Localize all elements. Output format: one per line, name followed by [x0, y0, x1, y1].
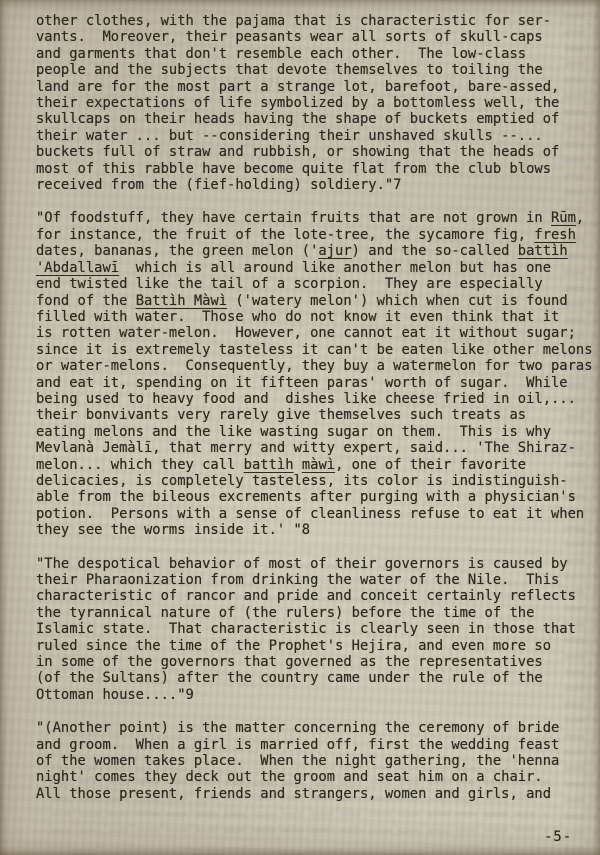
- text-line: people and the subjects that devote them…: [36, 62, 600, 78]
- text-line: buckets full of straw and rubbish, or sh…: [36, 144, 600, 160]
- text-line: and groom. When a girl is married off, f…: [36, 737, 600, 753]
- text-line: land are for the most part a strange lot…: [36, 79, 600, 95]
- text-line: for instance, the fruit of the lote-tree…: [36, 227, 600, 243]
- text-line: since it is extremely tasteless it can't…: [36, 342, 600, 358]
- underlined-term: màwì: [302, 457, 335, 473]
- text-line: most of this rabble have become quite fl…: [36, 161, 600, 177]
- text-line: delicacies, is completely tasteless, its…: [36, 473, 600, 489]
- text-line: skullcaps on their heads having the shap…: [36, 111, 600, 127]
- text-line: ruled since the time of the Prophet's He…: [36, 638, 600, 654]
- text-line: being used to heavy food and dishes like…: [36, 391, 600, 407]
- text-line: "(Another point) is the matter concernin…: [36, 720, 600, 736]
- underlined-term: Battìh Màwì: [136, 293, 227, 309]
- text-line: filled with water. Those who do not know…: [36, 309, 600, 325]
- text-line: their water ... but --considering their …: [36, 128, 600, 144]
- text-line: (of the Sultans) after the country came …: [36, 670, 600, 686]
- text-line: Ottoman house...."9: [36, 687, 600, 703]
- paragraph: "(Another point) is the matter concernin…: [36, 720, 600, 802]
- text-line: other clothes, with the pajama that is c…: [36, 13, 600, 29]
- scanned-document-page: other clothes, with the pajama that is c…: [0, 0, 600, 855]
- text-line: All those present, friends and strangers…: [36, 786, 600, 802]
- text-line: of the women takes place. When the night…: [36, 753, 600, 769]
- text-line: night' comes they deck out the groom and…: [36, 769, 600, 785]
- text-line: "Of foodstuff, they have certain fruits …: [36, 210, 600, 226]
- text-line: received from the (fief-holding) soldier…: [36, 177, 600, 193]
- paragraph: other clothes, with the pajama that is c…: [36, 13, 600, 193]
- underlined-term: ajur: [318, 243, 351, 259]
- text-line: eating melons and the like wasting sugar…: [36, 424, 600, 440]
- text-line: or water-melons. Consequently, they buy …: [36, 358, 600, 374]
- text-line: they see the worms inside it.' "8: [36, 522, 600, 538]
- text-line: characteristic of rancor and pride and c…: [36, 588, 600, 604]
- text-line: is rotten water-melon. However, one cann…: [36, 325, 600, 341]
- underlined-term: battìh: [244, 457, 294, 473]
- text-line: melon... which they call battìh màwì, on…: [36, 457, 600, 473]
- paragraph: "The despotical behavior of most of thei…: [36, 556, 600, 704]
- text-line: end twisted like the tail of a scorpion.…: [36, 276, 600, 292]
- text-line: fond of the Battìh Màwì ('watery melon')…: [36, 293, 600, 309]
- text-line: able from the bileous excrements after p…: [36, 489, 600, 505]
- text-line: their Pharaonization from drinking the w…: [36, 572, 600, 588]
- text-line: Islamic state. That characteristic is cl…: [36, 621, 600, 637]
- page-number: -5-: [544, 829, 572, 845]
- text-line: vants. Moreover, their peasants wear all…: [36, 29, 600, 45]
- underlined-term: 'Abdallawī: [36, 260, 119, 276]
- text-line: 'Abdallawī which is all around like anot…: [36, 260, 600, 276]
- paragraph: "Of foodstuff, they have certain fruits …: [36, 210, 600, 538]
- text-line: and garments that don't resemble each ot…: [36, 46, 600, 62]
- text-line: the tyrannical nature of (the rulers) be…: [36, 605, 600, 621]
- text-line: potion. Persons with a sense of cleanlin…: [36, 506, 600, 522]
- text-line: their expectations of life symbolized by…: [36, 95, 600, 111]
- page-body: other clothes, with the pajama that is c…: [36, 13, 600, 819]
- text-line: their bonvivants very rarely give themse…: [36, 407, 600, 423]
- text-line: in some of the governors that governed a…: [36, 654, 600, 670]
- text-line: and eat it, spending on it fifteen paras…: [36, 375, 600, 391]
- underlined-term: fresh: [534, 227, 576, 243]
- text-line: Mevlanà Jemàlī, that merry and witty exp…: [36, 440, 600, 456]
- underlined-term: battìh: [518, 243, 568, 259]
- underlined-term: Rūm: [551, 210, 576, 226]
- text-line: "The despotical behavior of most of thei…: [36, 556, 600, 572]
- text-line: dates, bananas, the green melon ('ajur) …: [36, 243, 600, 259]
